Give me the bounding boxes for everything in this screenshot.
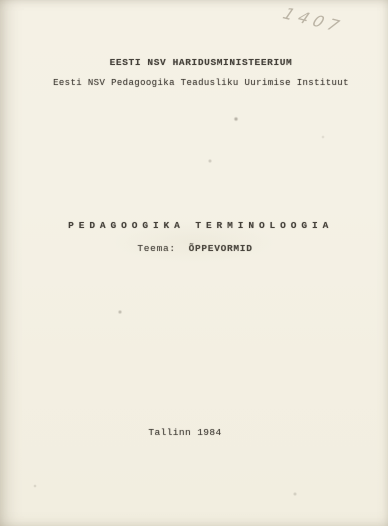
ministry-name: EESTI NSV HARIDUSMINISTEERIUM xyxy=(7,57,388,68)
subtitle-spacer xyxy=(176,243,189,254)
imprint-city-year: Tallinn 1984 xyxy=(0,427,379,438)
document-title: P E D A G O O G I K A T E R M I N O L O … xyxy=(4,220,388,231)
handwritten-archive-number: 1407 xyxy=(280,4,347,36)
institute-name: Eesti NSV Pedagoogika Teadusliku Uurimis… xyxy=(7,78,388,88)
subtitle-value: ÕPPEVORMID xyxy=(189,243,253,254)
document-subtitle: Teema: ÕPPEVORMID xyxy=(1,243,388,254)
document-page: 1407 EESTI NSV HARIDUSMINISTEERIUM Eesti… xyxy=(0,0,388,526)
subtitle-label: Teema: xyxy=(137,243,175,254)
